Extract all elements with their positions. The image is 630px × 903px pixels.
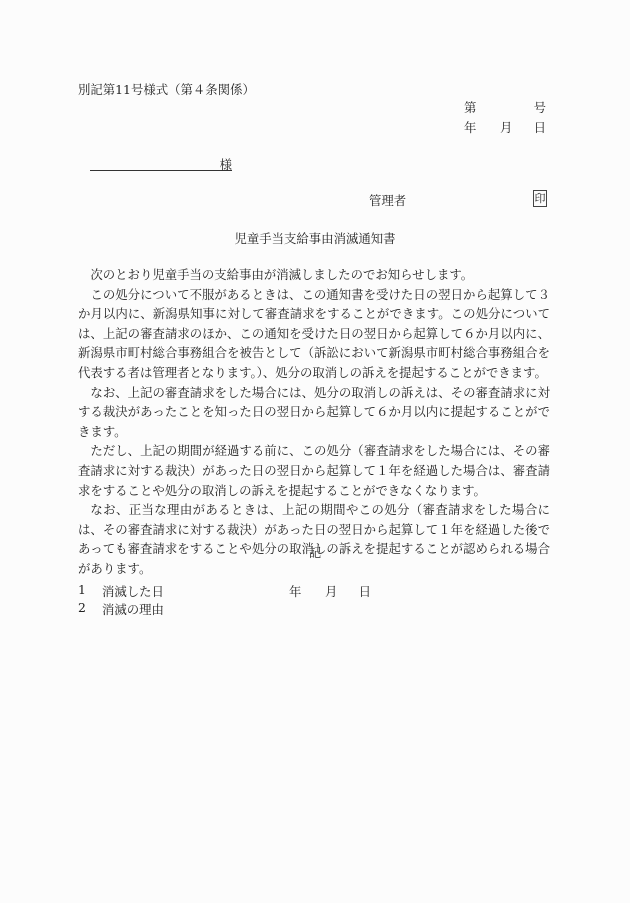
item-label: 消滅した日 <box>102 582 164 600</box>
addressee-honorific: 様 <box>220 155 232 173</box>
item-label: 消滅の理由 <box>102 600 164 618</box>
ki-heading: 記 <box>0 543 630 561</box>
addressee-field: 様 <box>90 155 232 171</box>
notice-body: 次のとおり児童手当の支給事由が消滅しましたのでお知らせします。 この処分について… <box>78 265 550 579</box>
issue-date-month: 月 <box>500 118 512 136</box>
termination-date-day: 日 <box>359 582 371 600</box>
item-number: 1 <box>78 582 86 597</box>
item-number: 2 <box>78 600 86 615</box>
body-paragraph: ただし、上記の期間が経過する前に、この処分（審査請求をした場合には、その審査請求… <box>78 441 550 500</box>
termination-date-year: 年 <box>289 582 301 600</box>
document-title: 児童手当支給事由消滅通知書 <box>0 229 630 247</box>
sender-label: 管理者 <box>369 191 406 209</box>
body-paragraph: なお、正当な理由があるときは、上記の期間やこの処分（審査請求をした場合には、その… <box>78 500 550 578</box>
issue-date-year: 年 <box>464 118 476 136</box>
doc-number-suffix: 号 <box>534 98 546 116</box>
body-paragraph: この処分について不服があるときは、この通知書を受けた日の翌日から起算して３か月以… <box>78 285 550 383</box>
body-paragraph: 次のとおり児童手当の支給事由が消滅しましたのでお知らせします。 <box>78 265 550 285</box>
issue-date-day: 日 <box>534 118 546 136</box>
doc-number-prefix: 第 <box>464 98 476 116</box>
body-paragraph: なお、上記の審査請求をした場合には、処分の取消しの訴えは、その審査請求に対する裁… <box>78 383 550 442</box>
termination-date-month: 月 <box>325 582 337 600</box>
form-label: 別記第11号様式（第４条関係） <box>78 80 255 98</box>
seal-icon: 印 <box>533 190 547 207</box>
addressee-underline <box>90 170 232 171</box>
